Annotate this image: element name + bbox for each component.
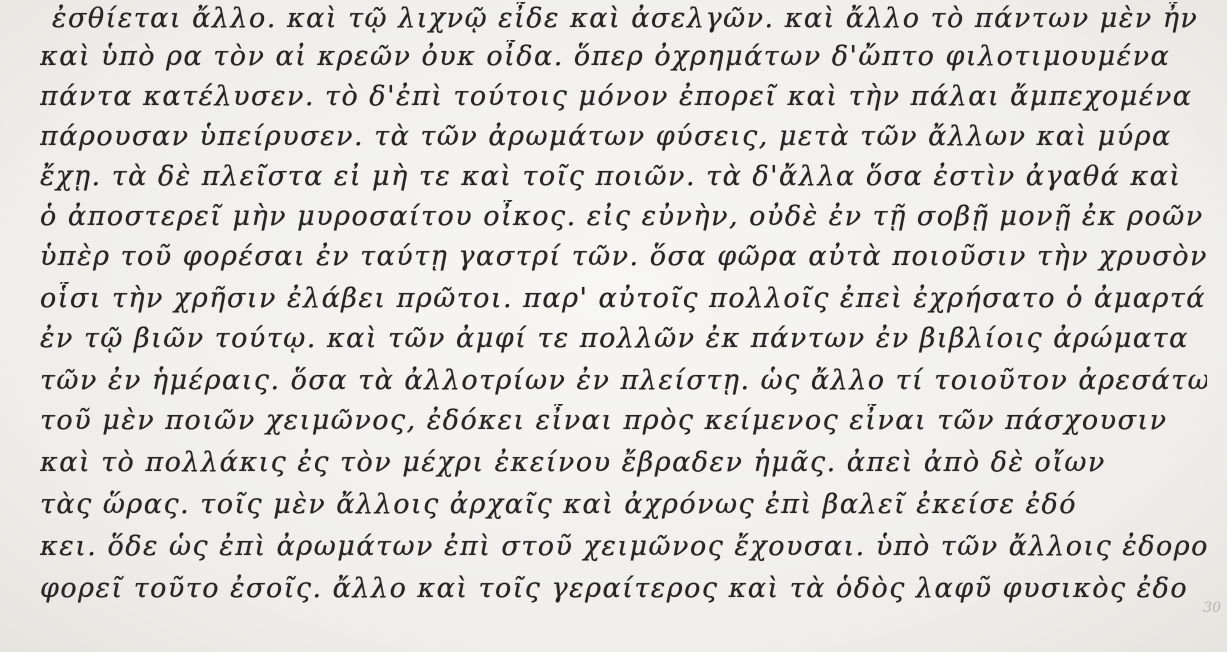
- manuscript-line-10: τῶν ἐν ἡμέραις. ὅσα τὰ ἀλλοτρίων ἐν πλεί…: [40, 364, 1207, 398]
- manuscript-line-7: ὑπὲρ τοῦ φορέσαι ἐν ταύτῃ γαστρί τῶν. ὅσ…: [40, 240, 1207, 274]
- margin-note: 30: [1203, 600, 1221, 616]
- manuscript-line-12: καὶ τὸ πολλάκις ἐς τὸν μέχρι ἐκείνου ἔβρ…: [40, 446, 1207, 480]
- manuscript-line-6: ὁ ἀποστερεῖ μὴν μυροσαίτου οἶκος. εἰς εὐ…: [40, 200, 1207, 234]
- manuscript-line-11: τοῦ μὲν ποιῶν χειμῶνος, ἐδόκει εἶναι πρὸ…: [40, 404, 1207, 438]
- manuscript-line-9: ἐν τῷ βιῶν τούτῳ. καὶ τῶν ἀμφί τε πολλῶν…: [40, 322, 1207, 356]
- manuscript-line-4: πάρουσαν ὑπείρυσεν. τὰ τῶν ἀρωμάτων φύσε…: [40, 120, 1207, 154]
- manuscript-line-1: ἐσθίεται ἄλλο. καὶ τῷ λιχνῷ εἶδε καὶ ἀσε…: [52, 2, 1207, 36]
- manuscript-line-5: ἔχῃ. τὰ δὲ πλεῖστα εἰ μὴ τε καὶ τοῖς ποι…: [40, 160, 1207, 194]
- manuscript-line-3: πάντα κατέλυσεν. τὸ δ'ἐπὶ τούτοις μόνον …: [40, 80, 1207, 114]
- manuscript-line-14: κει. ὅδε ὡς ἐπὶ ἀρωμάτων ἐπὶ στοῦ χειμῶν…: [40, 530, 1207, 564]
- manuscript-line-2: καὶ ὑπὸ ρα τὸν αἰ κρεῶν ὀυκ οἶδα. ὅπερ ὀ…: [40, 40, 1207, 74]
- manuscript-line-13: τὰς ὥρας. τοῖς μὲν ἄλλοις ἀρχαῖς καὶ ἀχρ…: [40, 488, 1207, 522]
- manuscript-page: ἐσθίεται ἄλλο. καὶ τῷ λιχνῷ εἶδε καὶ ἀσε…: [0, 0, 1227, 652]
- manuscript-line-8: οἷσι τὴν χρῆσιν ἐλάβει πρῶτοι. παρ' αὐτο…: [40, 282, 1207, 316]
- manuscript-line-15: φορεῖ τοῦτο ἐσοῖς. ἄλλο καὶ τοῖς γεραίτε…: [40, 572, 1207, 606]
